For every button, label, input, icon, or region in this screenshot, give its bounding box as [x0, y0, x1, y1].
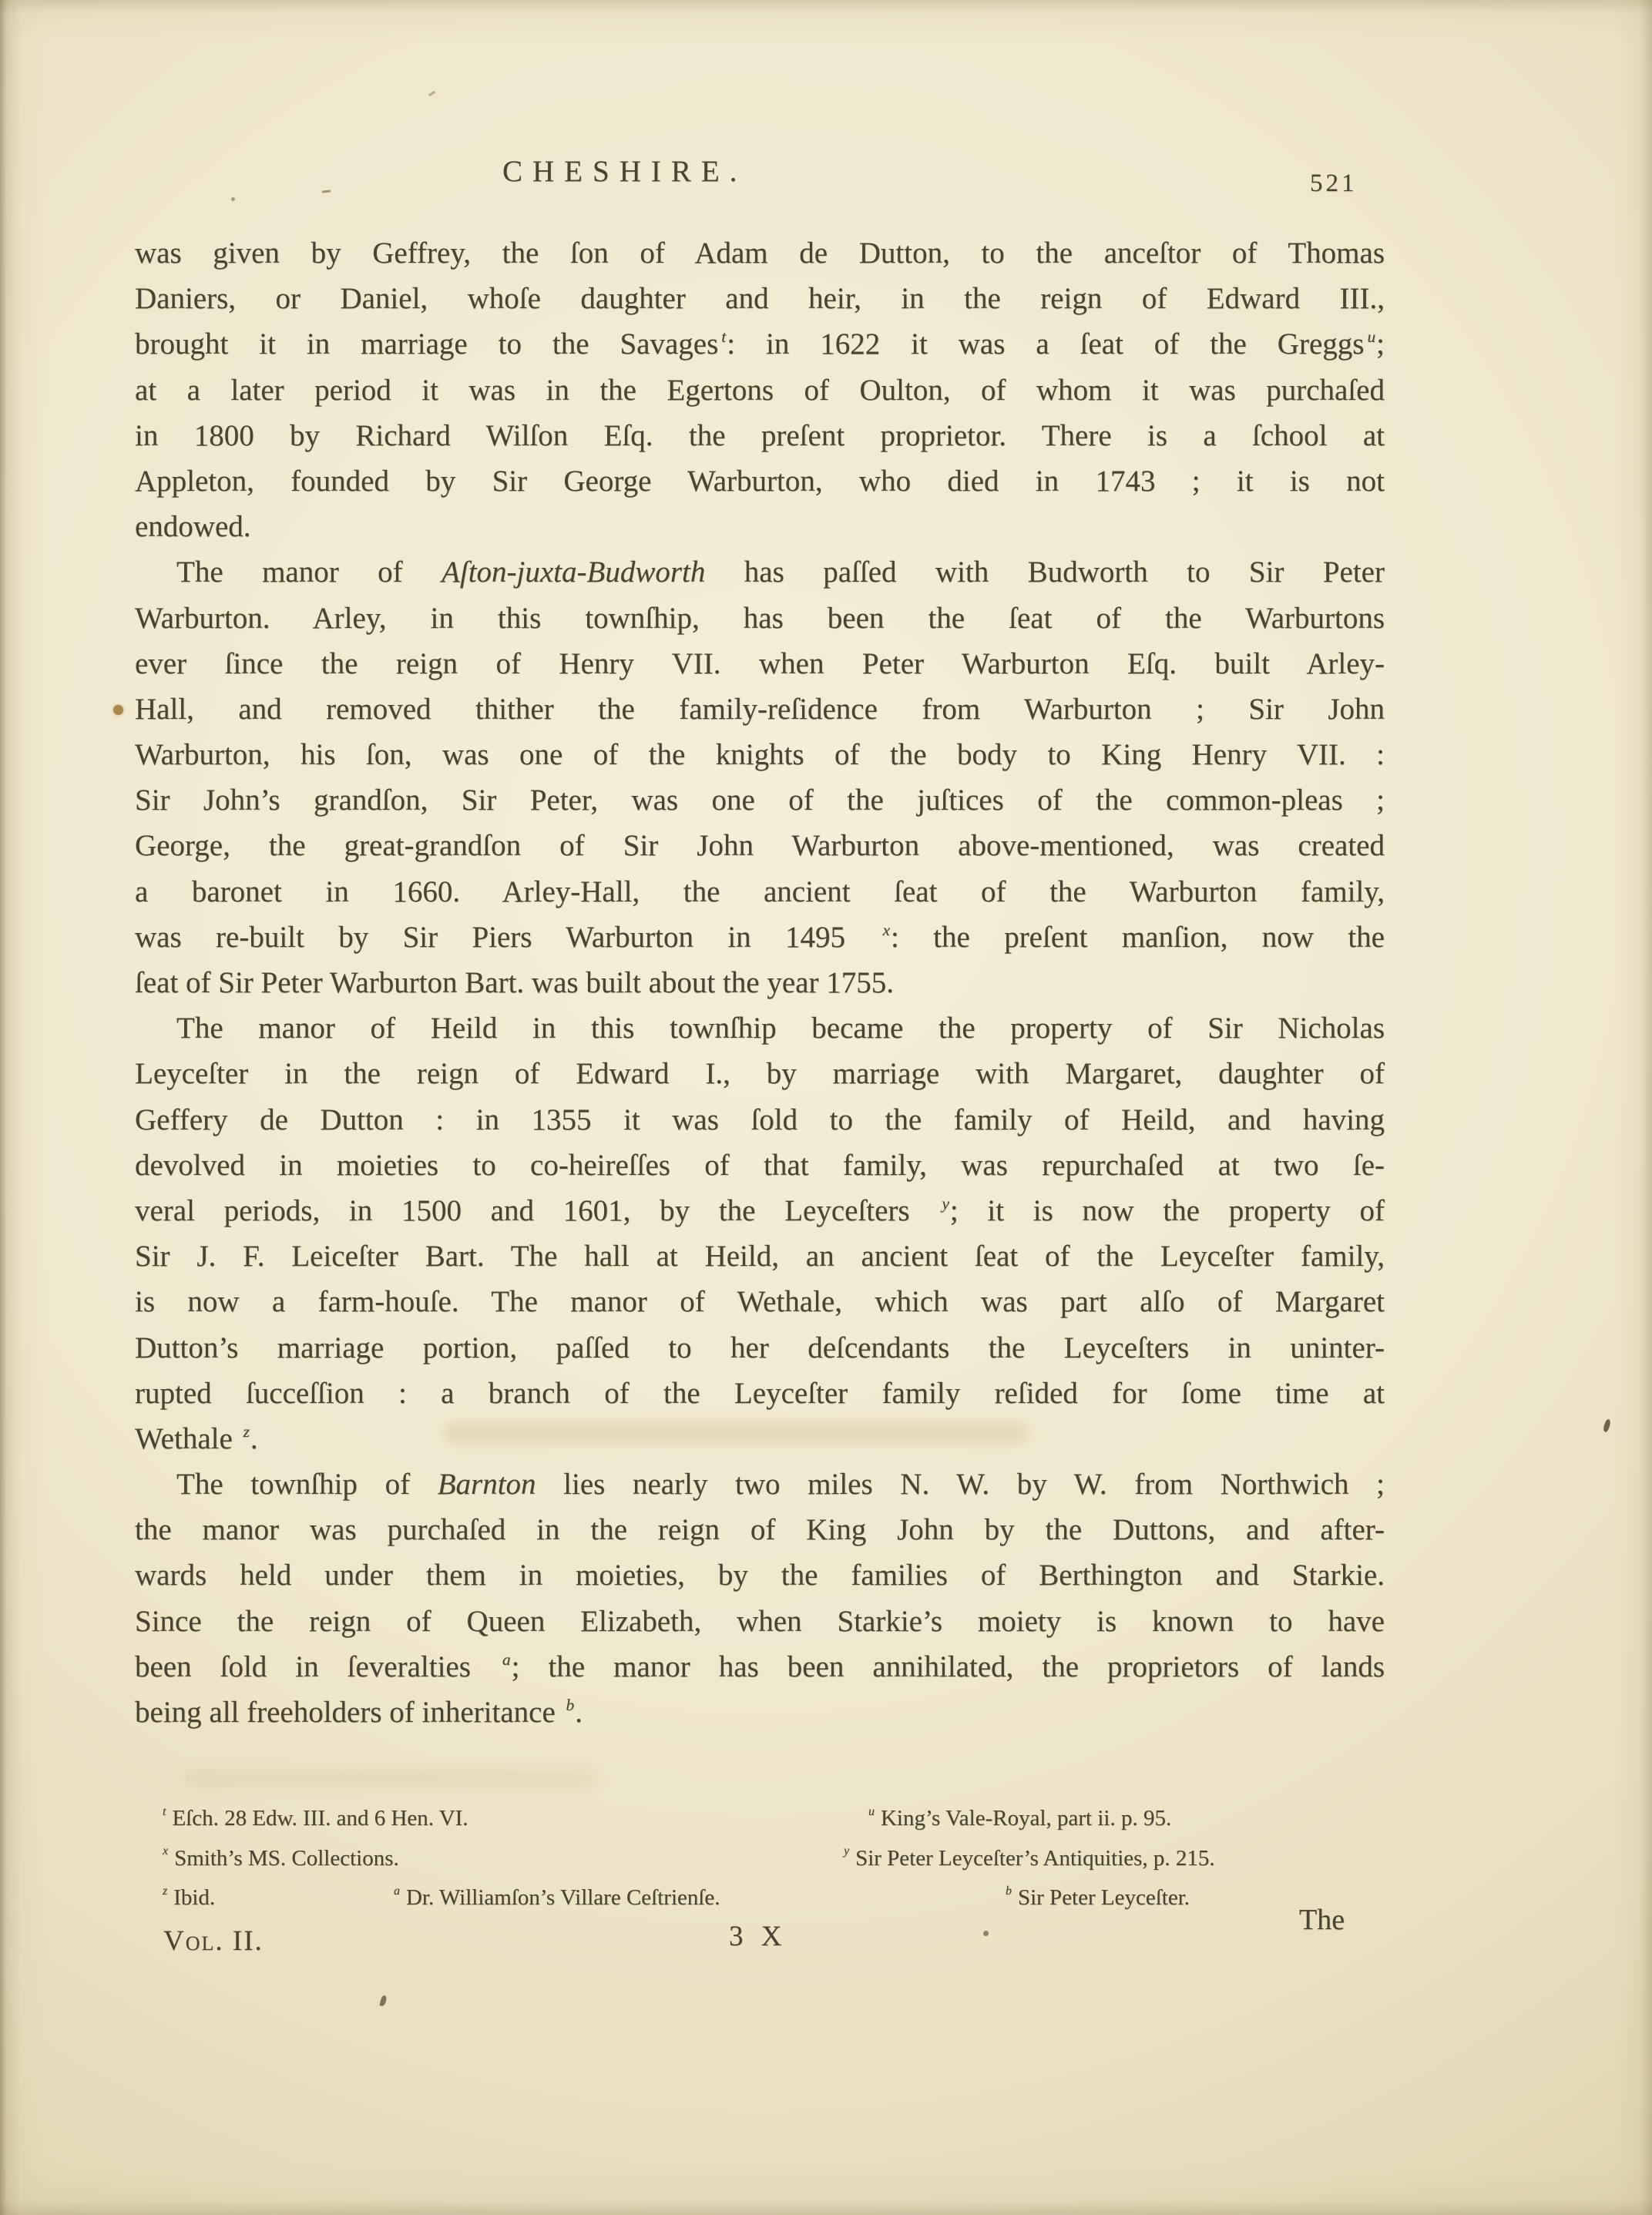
text-run: . [250, 1422, 258, 1455]
text-run: ſeat of Sir Peter Warburton Bart. was bu… [135, 966, 894, 999]
body-line: in 1800 by Richard Wilſon Eſq. the preſe… [135, 413, 1385, 458]
text-run: endowed. [135, 510, 251, 543]
ink-fleck [379, 1995, 387, 2006]
footnote-reference-mark: a [502, 1650, 511, 1669]
text-run: Smith’s MS. Collections. [174, 1846, 399, 1871]
text-run: Hall, and removed thither the family-reſ… [135, 693, 1385, 726]
text-run: brought it in marriage to the Savages [135, 327, 718, 361]
text-run: Dutton’s marriage portion, paſſed to her… [135, 1331, 1385, 1364]
text-run: rupted ſucceſſion : a branch of the Leyc… [135, 1377, 1385, 1410]
body-line: devolved in moieties to co-heireſſes of … [135, 1143, 1385, 1188]
paragraph: The manor of Aſton-juxta-Budworth has pa… [135, 549, 1385, 1005]
text-run: ; the manor has been annihilated, the pr… [512, 1650, 1385, 1683]
text-run: was given by Geffrey, the ſon of Adam de… [135, 237, 1385, 270]
body-line: The manor of Heild in this townſhip beca… [135, 1005, 1385, 1051]
text-run: The manor of Heild in this townſhip beca… [176, 1012, 1385, 1045]
text-run: Leyceſter in the reign of Edward I., by … [135, 1057, 1385, 1090]
body-line: at a later period it was in the Egertons… [135, 367, 1385, 413]
ink-fleck [983, 1931, 989, 1936]
text-run: a baronet in 1660. Arley-Hall, the ancie… [135, 875, 1385, 908]
text-run: The townſhip of [176, 1468, 438, 1501]
text-run: Geffery de Dutton : in 1355 it was ſold … [135, 1103, 1385, 1136]
text-run: . [575, 1696, 583, 1729]
footnote-reference-mark: z [163, 1884, 167, 1898]
footnote-reference-mark: u [868, 1805, 875, 1818]
footnote-row: zIbid.aDr. Williamſon’s Villare Ceſtrien… [135, 1885, 1385, 1925]
footnote-row: xSmith’s MS. Collections.ySir Peter Leyc… [135, 1846, 1385, 1886]
footnote: tEſch. 28 Edw. III. and 6 Hen. VI. [163, 1806, 468, 1831]
text-run: Dr. Williamſon’s Villare Ceſtrienſe. [406, 1885, 720, 1910]
footnote-reference-mark: y [942, 1194, 949, 1213]
body-line: ever ſince the reign of Henry VII. when … [135, 641, 1385, 686]
italic-text: Aſton-juxta-Budworth [442, 555, 705, 589]
footnote: aDr. Williamſon’s Villare Ceſtrienſe. [394, 1885, 720, 1911]
footnote-reference-mark: u [1367, 327, 1375, 346]
body-line: The townſhip of Barnton lies nearly two … [135, 1462, 1385, 1507]
text-run: veral periods, in 1500 and 1601, by the … [135, 1194, 938, 1227]
show-through-smudge [181, 1768, 597, 1788]
body-line: was given by Geffrey, the ſon of Adam de… [135, 230, 1385, 276]
body-line: Warburton, his ſon, was one of the knigh… [135, 732, 1385, 777]
ink-fleck [1603, 1418, 1611, 1432]
text-run: King’s Vale-Royal, part ii. p. 95. [881, 1806, 1171, 1831]
paragraph: was given by Geffrey, the ſon of Adam de… [135, 230, 1385, 549]
text-run: is now a farm-houſe. The manor of Wethal… [135, 1285, 1385, 1318]
text-run: being all freeholders of inheritance [135, 1696, 563, 1729]
footnote-reference-mark: b [1006, 1884, 1012, 1898]
body-line: George, the great-grandſon of Sir John W… [135, 823, 1385, 868]
text-run: at a later period it was in the Egertons… [135, 374, 1385, 407]
body-line: Leyceſter in the reign of Edward I., by … [135, 1051, 1385, 1096]
text-run: Appleton, founded by Sir George Warburto… [135, 465, 1385, 498]
body-line: a baronet in 1660. Arley-Hall, the ancie… [135, 869, 1385, 915]
body-line: Dutton’s marriage portion, paſſed to her… [135, 1325, 1385, 1371]
body-line: Warburton. Arley, in this townſhip, has … [135, 596, 1385, 641]
text-run: Sir John’s grandſon, Sir Peter, was one … [135, 784, 1385, 817]
footnote-reference-mark: t [721, 327, 726, 346]
paragraph: The townſhip of Barnton lies nearly two … [135, 1462, 1385, 1735]
footnote: xSmith’s MS. Collections. [163, 1846, 399, 1871]
text-run: has paſſed with Budworth to Sir Peter [705, 555, 1385, 589]
text-run: devolved in moieties to co-heireſſes of … [135, 1149, 1385, 1182]
text-run: been ſold in ſeveralties [135, 1650, 499, 1683]
body-line: rupted ſucceſſion : a branch of the Leyc… [135, 1371, 1385, 1416]
body-line: brought it in marriage to the Savagest: … [135, 321, 1385, 367]
footnote-reference-mark: x [163, 1844, 168, 1858]
text-run: Sir J. F. Leiceſter Bart. The hall at He… [135, 1240, 1385, 1273]
body-line: Daniers, or Daniel, whoſe daughter and h… [135, 276, 1385, 321]
text-run: George, the great-grandſon of Sir John W… [135, 829, 1385, 862]
paragraph: The manor of Heild in this townſhip beca… [135, 1005, 1385, 1462]
paper-speck [231, 197, 235, 201]
body-text: was given by Geffrey, the ſon of Adam de… [135, 230, 1385, 1735]
text-run: ; [1376, 327, 1385, 361]
text-run: Eſch. 28 Edw. III. and 6 Hen. VI. [172, 1806, 468, 1831]
body-line: The manor of Aſton-juxta-Budworth has pa… [135, 549, 1385, 595]
text-run: Wethale [135, 1422, 240, 1455]
footnote-reference-mark: x [882, 921, 890, 939]
text-run: was re-built by Sir Piers Warburton in 1… [135, 921, 879, 954]
text-run: Ibid. [173, 1885, 215, 1910]
book-page: CHESHIRE. 521 was given by Geffrey, the … [0, 0, 1652, 2215]
footnote-reference-mark: a [394, 1884, 400, 1898]
body-line: Wethale z. [135, 1416, 1385, 1462]
body-line: the manor was purchaſed in the reign of … [135, 1507, 1385, 1552]
paper-speck [428, 91, 435, 96]
body-line: ſeat of Sir Peter Warburton Bart. was bu… [135, 960, 1385, 1005]
body-line: is now a farm-houſe. The manor of Wethal… [135, 1279, 1385, 1324]
footnote-reference-mark: y [844, 1844, 849, 1858]
text-run: Warburton, his ſon, was one of the knigh… [135, 738, 1385, 771]
body-line: veral periods, in 1500 and 1601, by the … [135, 1188, 1385, 1233]
paper-speck [322, 190, 331, 193]
text-run: ; it is now the property of [950, 1194, 1385, 1227]
footnotes: tEſch. 28 Edw. III. and 6 Hen. VI.uKing’… [135, 1806, 1385, 1925]
text-run: in 1800 by Richard Wilſon Eſq. the preſe… [135, 419, 1385, 452]
text-run: the manor was purchaſed in the reign of … [135, 1513, 1385, 1546]
text-run: Daniers, or Daniel, whoſe daughter and h… [135, 282, 1385, 315]
body-line: Sir J. F. Leiceſter Bart. The hall at He… [135, 1233, 1385, 1279]
text-run: lies nearly two miles N. W. by W. from N… [536, 1468, 1385, 1501]
footnote-reference-mark: z [243, 1422, 250, 1441]
body-line: Geffery de Dutton : in 1355 it was ſold … [135, 1097, 1385, 1143]
running-head-title: CHESHIRE. [502, 154, 747, 189]
text-run: Warburton. Arley, in this townſhip, has … [135, 602, 1385, 635]
text-run: wards held under them in moieties, by th… [135, 1559, 1385, 1592]
text-run: Sir Peter Leyceſter’s Antiquities, p. 21… [855, 1846, 1215, 1871]
volume-label: Vol. II. [163, 1925, 264, 1958]
footnote: zIbid. [163, 1885, 215, 1911]
footnote: ySir Peter Leyceſter’s Antiquities, p. 2… [844, 1846, 1215, 1871]
text-run: : in 1622 it was a ſeat of the Greggs [727, 327, 1364, 361]
body-line: Appleton, founded by Sir George Warburto… [135, 458, 1385, 504]
body-line: being all freeholders of inheritance b. [135, 1690, 1385, 1735]
footnote-reference-mark: b [566, 1696, 575, 1714]
footnote-row: tEſch. 28 Edw. III. and 6 Hen. VI.uKing’… [135, 1806, 1385, 1846]
body-line: Since the reign of Queen Elizabeth, when… [135, 1599, 1385, 1644]
text-run: ever ſince the reign of Henry VII. when … [135, 647, 1385, 680]
italic-text: Barnton [438, 1468, 536, 1501]
footnote: uKing’s Vale-Royal, part ii. p. 95. [868, 1806, 1171, 1831]
catchword: The [1299, 1903, 1345, 1937]
text-run: Since the reign of Queen Elizabeth, when… [135, 1605, 1385, 1638]
body-line: Sir John’s grandſon, Sir Peter, was one … [135, 777, 1385, 823]
body-line: Hall, and removed thither the family-reſ… [135, 686, 1385, 732]
body-line: was re-built by Sir Piers Warburton in 1… [135, 915, 1385, 960]
footnote-reference-mark: t [163, 1805, 166, 1818]
text-run: : the preſent manſion, now the [891, 921, 1385, 954]
body-line: endowed. [135, 504, 1385, 549]
margin-dot-mark [113, 705, 123, 715]
text-run: Sir Peter Leyceſter. [1018, 1885, 1190, 1910]
signature-mark: 3 X [729, 1920, 787, 1953]
footnote: bSir Peter Leyceſter. [1006, 1885, 1190, 1911]
page-number: 521 [1310, 169, 1358, 198]
body-line: been ſold in ſeveralties a; the manor ha… [135, 1644, 1385, 1690]
text-run: The manor of [176, 555, 442, 589]
body-line: wards held under them in moieties, by th… [135, 1552, 1385, 1598]
